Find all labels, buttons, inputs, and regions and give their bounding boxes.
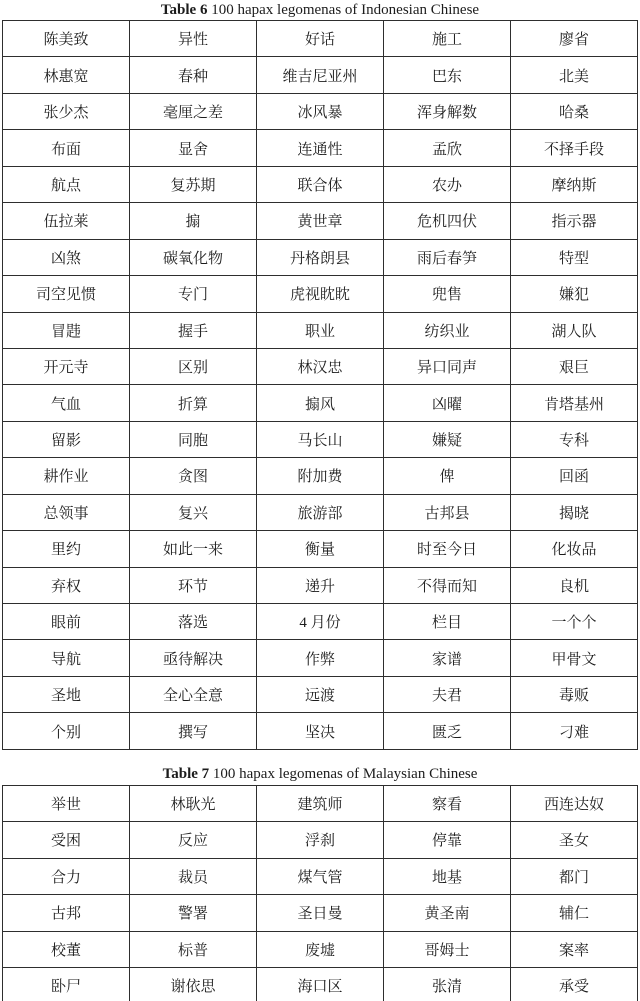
table-row: 举世林耿光建筑师察看西连达奴: [3, 785, 638, 821]
table-cell: 匮乏: [384, 713, 511, 749]
table-cell: 都门: [511, 858, 638, 894]
table-cell: 搧: [130, 203, 257, 239]
table-cell: 化妆品: [511, 531, 638, 567]
table7-caption-label: Table 7: [163, 766, 210, 782]
table-cell: 春种: [130, 57, 257, 93]
table-cell: 停靠: [384, 822, 511, 858]
table-cell: 折算: [130, 385, 257, 421]
table-cell: 一个个: [511, 604, 638, 640]
table-cell: 眼前: [3, 604, 130, 640]
table-cell: 纺织业: [384, 312, 511, 348]
table-row: 司空见惯专门虎视眈眈兜售嫌犯: [3, 276, 638, 312]
table-cell: 弃权: [3, 567, 130, 603]
table7-hapax-malaysian: 举世林耿光建筑师察看西连达奴受困反应浮刹停靠圣女合力裁员煤气管地基都门古邦警署圣…: [2, 785, 638, 1001]
table-cell: 察看: [384, 785, 511, 821]
table-row: 布面显舍连通性孟欣不择手段: [3, 130, 638, 166]
table-cell: 承受: [511, 967, 638, 1001]
table-row: 里约如此一来衡量时至今日化妆品: [3, 531, 638, 567]
table-cell: 4 月份: [257, 604, 384, 640]
table-row: 林惠宽春种维吉尼亚州巴东北美: [3, 57, 638, 93]
table-row: 圣地全心全意远渡夫君毒贩: [3, 676, 638, 712]
table-cell: 凶曜: [384, 385, 511, 421]
table-cell: 黄圣南: [384, 895, 511, 931]
table-cell: 指示器: [511, 203, 638, 239]
table-cell: 丹格朗县: [257, 239, 384, 275]
table-cell: 握手: [130, 312, 257, 348]
table-cell: 巴东: [384, 57, 511, 93]
table-cell: 校董: [3, 931, 130, 967]
table-cell: 湖人队: [511, 312, 638, 348]
table-row: 校董标普废墟哥姆士案率: [3, 931, 638, 967]
table-cell: 凶煞: [3, 239, 130, 275]
table-row: 眼前落选4 月份栏目一个个: [3, 604, 638, 640]
table-cell: 揭晓: [511, 494, 638, 530]
table-row: 留影同胞马长山嫌疑专科: [3, 421, 638, 457]
table-cell: 复兴: [130, 494, 257, 530]
table-cell: 受困: [3, 822, 130, 858]
table-cell: 衡量: [257, 531, 384, 567]
table-cell: 坚决: [257, 713, 384, 749]
table-cell: 海口区: [257, 967, 384, 1001]
table-cell: 复苏期: [130, 166, 257, 202]
table-cell: 煤气管: [257, 858, 384, 894]
table-cell: 兜售: [384, 276, 511, 312]
table-cell: 特型: [511, 239, 638, 275]
table-cell: 哈桑: [511, 93, 638, 129]
table-cell: 林耿光: [130, 785, 257, 821]
table-cell: 建筑师: [257, 785, 384, 821]
table-cell: 浑身解数: [384, 93, 511, 129]
table-row: 古邦警署圣日曼黄圣南辅仁: [3, 895, 638, 931]
table6-caption-text: 100 hapax legomenas of Indonesian Chines…: [207, 2, 479, 18]
table-cell: 留影: [3, 421, 130, 457]
table-cell: 全心全意: [130, 676, 257, 712]
table-cell: 合力: [3, 858, 130, 894]
table-cell: 总领事: [3, 494, 130, 530]
table-row: 受困反应浮刹停靠圣女: [3, 822, 638, 858]
table-cell: 开元寺: [3, 348, 130, 384]
table-cell: 良机: [511, 567, 638, 603]
table-cell: 地基: [384, 858, 511, 894]
table-cell: 哥姆士: [384, 931, 511, 967]
table-cell: 递升: [257, 567, 384, 603]
table-row: 合力裁员煤气管地基都门: [3, 858, 638, 894]
table-cell: 农办: [384, 166, 511, 202]
table-cell: 北美: [511, 57, 638, 93]
table-row: 弃权环节递升不得而知良机: [3, 567, 638, 603]
table-cell: 虎视眈眈: [257, 276, 384, 312]
table-cell: 附加费: [257, 458, 384, 494]
table-cell: 气血: [3, 385, 130, 421]
table-cell: 环节: [130, 567, 257, 603]
table6-caption-label: Table 6: [161, 2, 208, 18]
table-row: 航点复苏期联合体农办摩纳斯: [3, 166, 638, 202]
table-cell: 孟欣: [384, 130, 511, 166]
table-cell: 古邦: [3, 895, 130, 931]
table-cell: 标普: [130, 931, 257, 967]
table-cell: 肯塔基州: [511, 385, 638, 421]
table-cell: 航点: [3, 166, 130, 202]
table-cell: 司空见惯: [3, 276, 130, 312]
table-cell: 案率: [511, 931, 638, 967]
table-row: 凶煞碳氧化物丹格朗县雨后春笋特型: [3, 239, 638, 275]
table-cell: 圣地: [3, 676, 130, 712]
table-row: 伍拉莱搧黄世章危机四伏指示器: [3, 203, 638, 239]
table-cell: 里约: [3, 531, 130, 567]
table-cell: 夫君: [384, 676, 511, 712]
table-cell: 作弊: [257, 640, 384, 676]
table-cell: 反应: [130, 822, 257, 858]
table-cell: 废墟: [257, 931, 384, 967]
table-row: 开元寺区别林汉忠异口同声艰巨: [3, 348, 638, 384]
table-row: 冒韪握手职业纺织业湖人队: [3, 312, 638, 348]
table-cell: 毒贩: [511, 676, 638, 712]
table-cell: 好话: [257, 21, 384, 57]
table-cell: 连通性: [257, 130, 384, 166]
table-cell: 张清: [384, 967, 511, 1001]
paper-page: Table 6 100 hapax legomenas of Indonesia…: [0, 0, 640, 1001]
table-cell: 张少杰: [3, 93, 130, 129]
table-cell: 俾: [384, 458, 511, 494]
table-cell: 职业: [257, 312, 384, 348]
table6-hapax-indonesian: 陈美致异性好话施工廖省林惠宽春种维吉尼亚州巴东北美张少杰毫厘之差冰风暴浑身解数哈…: [2, 20, 638, 750]
table-cell: 西连达奴: [511, 785, 638, 821]
table-cell: 刁难: [511, 713, 638, 749]
table-cell: 举世: [3, 785, 130, 821]
table-cell: 施工: [384, 21, 511, 57]
table-cell: 亟待解决: [130, 640, 257, 676]
table-cell: 布面: [3, 130, 130, 166]
table-cell: 专科: [511, 421, 638, 457]
table-cell: 耕作业: [3, 458, 130, 494]
table-cell: 冰风暴: [257, 93, 384, 129]
table-cell: 远渡: [257, 676, 384, 712]
table-cell: 个别: [3, 713, 130, 749]
table-row: 陈美致异性好话施工廖省: [3, 21, 638, 57]
table-cell: 陈美致: [3, 21, 130, 57]
table-cell: 嫌犯: [511, 276, 638, 312]
table-cell: 辅仁: [511, 895, 638, 931]
table-cell: 联合体: [257, 166, 384, 202]
table-cell: 裁员: [130, 858, 257, 894]
table-cell: 异性: [130, 21, 257, 57]
table-cell: 马长山: [257, 421, 384, 457]
table-cell: 警署: [130, 895, 257, 931]
table-row: 张少杰毫厘之差冰风暴浑身解数哈桑: [3, 93, 638, 129]
table-cell: 圣女: [511, 822, 638, 858]
table-cell: 毫厘之差: [130, 93, 257, 129]
table-cell: 落选: [130, 604, 257, 640]
table7-caption-text: 100 hapax legomenas of Malaysian Chinese: [209, 766, 477, 782]
table-cell: 栏目: [384, 604, 511, 640]
table-cell: 同胞: [130, 421, 257, 457]
table-cell: 撰写: [130, 713, 257, 749]
table-cell: 搧风: [257, 385, 384, 421]
table-cell: 黄世章: [257, 203, 384, 239]
table-cell: 危机四伏: [384, 203, 511, 239]
table-cell: 专门: [130, 276, 257, 312]
table-cell: 不择手段: [511, 130, 638, 166]
table-cell: 卧尸: [3, 967, 130, 1001]
table-cell: 廖省: [511, 21, 638, 57]
table-cell: 艰巨: [511, 348, 638, 384]
table-cell: 嫌疑: [384, 421, 511, 457]
table-row: 气血折算搧风凶曜肯塔基州: [3, 385, 638, 421]
table-cell: 维吉尼亚州: [257, 57, 384, 93]
table-cell: 甲骨文: [511, 640, 638, 676]
table-row: 个别撰写坚决匮乏刁难: [3, 713, 638, 749]
table-cell: 圣日曼: [257, 895, 384, 931]
table-cell: 导航: [3, 640, 130, 676]
table-cell: 林惠宽: [3, 57, 130, 93]
table-cell: 区别: [130, 348, 257, 384]
table-cell: 浮刹: [257, 822, 384, 858]
table-cell: 贪图: [130, 458, 257, 494]
table6-caption: Table 6 100 hapax legomenas of Indonesia…: [0, 0, 640, 20]
table-cell: 时至今日: [384, 531, 511, 567]
table-cell: 林汉忠: [257, 348, 384, 384]
table-cell: 古邦县: [384, 494, 511, 530]
table-cell: 雨后春笋: [384, 239, 511, 275]
table-cell: 显舍: [130, 130, 257, 166]
table-cell: 伍拉莱: [3, 203, 130, 239]
table-row: 总领事复兴旅游部古邦县揭晓: [3, 494, 638, 530]
table-row: 卧尸谢依思海口区张清承受: [3, 967, 638, 1001]
table7-caption: Table 7 100 hapax legomenas of Malaysian…: [0, 750, 640, 785]
table-cell: 异口同声: [384, 348, 511, 384]
table-cell: 碳氧化物: [130, 239, 257, 275]
table-cell: 谢依思: [130, 967, 257, 1001]
table-cell: 如此一来: [130, 531, 257, 567]
table-row: 导航亟待解决作弊家谱甲骨文: [3, 640, 638, 676]
table-cell: 不得而知: [384, 567, 511, 603]
table-row: 耕作业贪图附加费俾回函: [3, 458, 638, 494]
table-cell: 旅游部: [257, 494, 384, 530]
table-cell: 摩纳斯: [511, 166, 638, 202]
table-cell: 冒韪: [3, 312, 130, 348]
table-cell: 家谱: [384, 640, 511, 676]
table-cell: 回函: [511, 458, 638, 494]
